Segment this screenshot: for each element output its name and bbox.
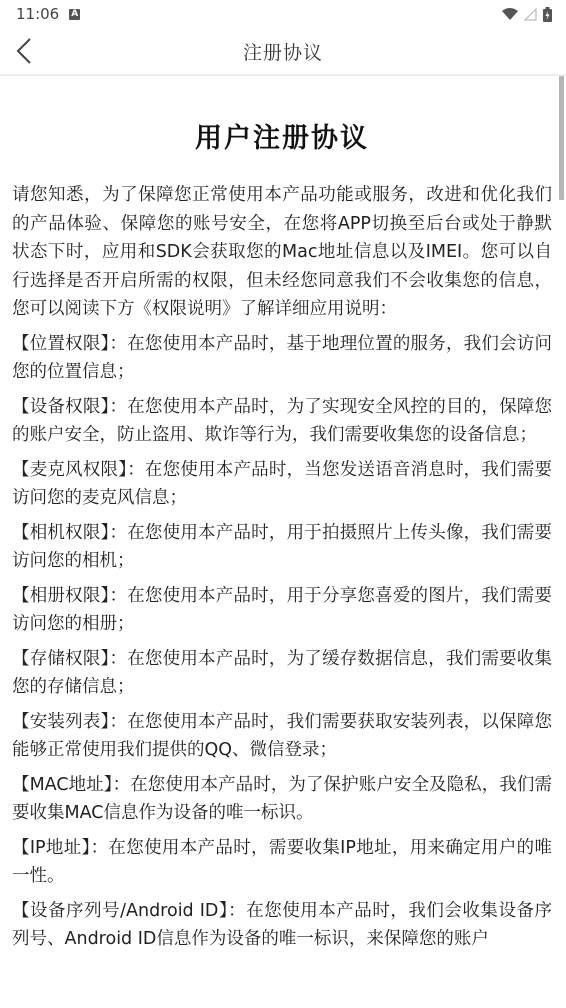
storage-permission-paragraph: 【存储权限】：在您使用本产品时，为了缓存数据信息，我们需要收集您的存储信息； xyxy=(12,645,552,702)
wifi-icon xyxy=(502,8,518,20)
a-icon: A xyxy=(69,9,80,20)
location-permission-paragraph: 【位置权限】：在您使用本产品时，基于地理位置的服务，我们会访问您的位置信息； xyxy=(12,330,552,387)
signal-icon xyxy=(524,8,537,21)
nav-bar: 注册协议 xyxy=(0,28,566,76)
camera-permission-paragraph: 【相机权限】：在您使用本产品时，用于拍摄照片上传头像，我们需要访问您的相机； xyxy=(12,519,552,576)
device-serial-paragraph: 【设备序列号/Android ID】：在您使用本产品时，我们会收集设备序列号、A… xyxy=(12,897,552,954)
status-bar: 11:06 A xyxy=(0,0,566,28)
agreement-content: 用户注册协议 请您知悉，为了保障您正常使用本产品功能或服务，改进和优化我们的产品… xyxy=(0,116,566,954)
back-button[interactable] xyxy=(8,34,40,68)
mac-address-paragraph: 【MAC地址】：在您使用本产品时，为了保护账户安全及隐私，我们需要收集MAC信息… xyxy=(12,771,552,828)
ip-address-paragraph: 【IP地址】：在您使用本产品时，需要收集IP地址，用来确定用户的唯一性。 xyxy=(12,834,552,891)
album-permission-paragraph: 【相册权限】：在您使用本产品时，用于分享您喜爱的图片，我们需要访问您的相册； xyxy=(12,582,552,639)
device-permission-paragraph: 【设备权限】：在您使用本产品时，为了实现安全风控的目的，保障您的账户安全，防止盗… xyxy=(12,393,552,450)
chevron-left-icon xyxy=(16,38,32,64)
intro-paragraph: 请您知悉，为了保障您正常使用本产品功能或服务，改进和优化我们的产品体验、保障您的… xyxy=(12,181,552,324)
status-time: 11:06 xyxy=(16,5,59,23)
page-title: 注册协议 xyxy=(243,38,323,65)
document-title: 用户注册协议 xyxy=(12,116,552,155)
install-list-paragraph: 【安装列表】：在您使用本产品时，我们需要获取安装列表，以保障您能够正常使用我们提… xyxy=(12,708,552,765)
battery-charging-icon xyxy=(543,7,552,22)
microphone-permission-paragraph: 【麦克风权限】：在您使用本产品时，当您发送语音消息时，我们需要访问您的麦克风信息… xyxy=(12,456,552,513)
